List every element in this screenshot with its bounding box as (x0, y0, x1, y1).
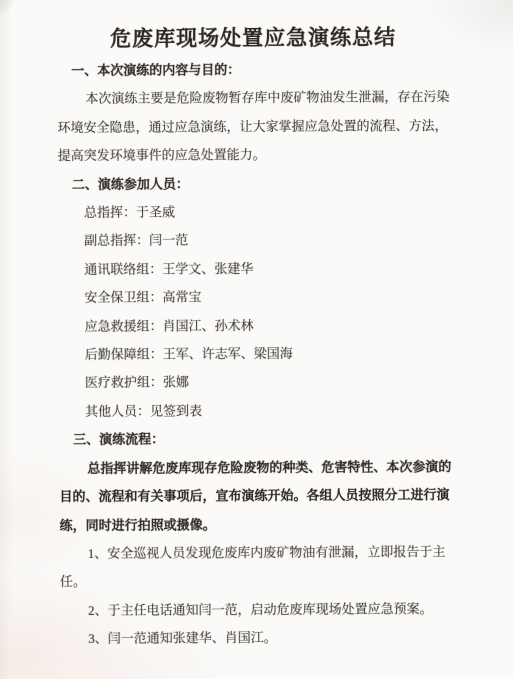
roster-item: 安全保卫组：高常宝 (58, 282, 450, 312)
document-title: 危废库现场处置应急演练总结 (57, 19, 449, 57)
paragraph-line: 环境安全隐患，通过应急演练，让大家掌握应急处置的流程、方法， (57, 112, 449, 142)
roster-item: 其他人员：见签到表 (59, 396, 451, 426)
paragraph-line: 提高突发环境事件的应急处置能力。 (58, 140, 450, 170)
document-content: 危废库现场处置应急演练总结 一、本次演练的内容与目的：本次演练主要是危险废物暂存… (57, 19, 452, 654)
paragraph-line: 目的、流程和有关事项后，宣布演练开始。各组人员按照分工进行演 (59, 481, 451, 511)
section-2-heading: 二、演练参加人员： (58, 169, 450, 199)
roster-item: 总指挥：于圣威 (58, 197, 450, 227)
section-3-heading: 三、演练流程： (59, 424, 451, 454)
roster-item: 医疗救护组：张娜 (59, 367, 451, 397)
roster-item: 后勤保障组：王军、许志军、梁国海 (59, 339, 451, 369)
numbered-step: 2、于主任电话通知闫一范，启动危废库现场处置应急预案。 (60, 595, 452, 625)
numbered-step: 任。 (60, 566, 452, 596)
numbered-step: 3、闫一范通知张建华、肖国江。 (60, 623, 452, 653)
roster-item: 应急救援组：肖国江、孙术林 (59, 311, 451, 341)
roster-item: 副总指挥：闫一范 (58, 225, 450, 255)
paragraph-line: 本次演练主要是危险废物暂存库中废矿物油发生泄漏，存在污染 (57, 83, 449, 113)
paragraph-line: 总指挥讲解危废库现存危险废物的种类、危害特性、本次参演的 (59, 453, 451, 483)
document-photo: 危废库现场处置应急演练总结 一、本次演练的内容与目的：本次演练主要是危险废物暂存… (0, 0, 513, 679)
roster-item: 通讯联络组：王学文、张建华 (58, 254, 450, 284)
section-1-heading: 一、本次演练的内容与目的： (57, 55, 449, 85)
numbered-step: 1、安全巡视人员发现危废库内废矿物油有泄漏，立即报告于主 (60, 538, 452, 568)
document-body: 一、本次演练的内容与目的：本次演练主要是危险废物暂存库中废矿物油发生泄漏，存在污… (57, 55, 452, 654)
paragraph-line: 练，同时进行拍照或摄像。 (60, 509, 452, 539)
